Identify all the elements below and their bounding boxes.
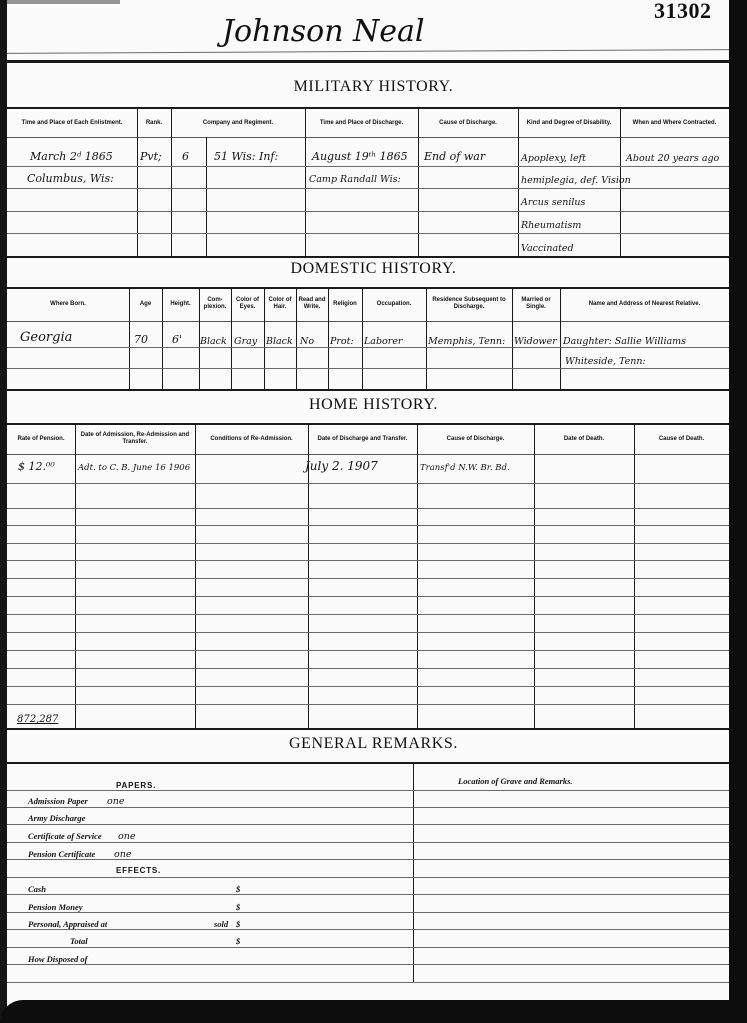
- divider: [7, 728, 729, 730]
- col-residence-header: Residence Subsequent to Discharge.: [426, 289, 512, 319]
- row-rule: [7, 560, 729, 561]
- papers-title: PAPERS.: [116, 781, 156, 790]
- divider: [7, 60, 729, 63]
- col-line: [512, 289, 513, 389]
- row-rule: [7, 877, 729, 878]
- row-rule: [7, 668, 729, 669]
- scan-edge-bottom: [0, 1000, 747, 1023]
- papers-pension-certificate-value: one: [114, 848, 131, 861]
- col-line: [417, 425, 418, 728]
- row-rule: [7, 912, 729, 913]
- col-admission-header: Date of Admission, Re-Admission and Tran…: [75, 425, 195, 453]
- enlistment-date: March 2ᵈ 1865: [30, 150, 113, 163]
- discharge-place: Camp Randall Wis:: [309, 173, 401, 186]
- domestic-history-title: DOMESTIC HISTORY.: [0, 260, 747, 278]
- divider: [7, 256, 729, 258]
- col-line: [534, 425, 535, 728]
- col-line: [129, 289, 130, 389]
- row-rule: [7, 543, 729, 544]
- row-rule: [7, 824, 729, 825]
- disability-line-3: Arcus senilus: [521, 196, 585, 209]
- col-eyes-header: Color of Eyes.: [231, 289, 264, 319]
- contracted-value: About 20 years ago: [626, 152, 719, 165]
- col-line: [634, 425, 635, 728]
- col-marital-header: Married or Single.: [512, 289, 560, 319]
- military-history-title: MILITARY HISTORY.: [0, 78, 747, 96]
- home-discharge-date: July 2. 1907: [305, 460, 378, 473]
- col-born-header: Where Born.: [7, 289, 129, 319]
- divider: [7, 762, 729, 764]
- relative-line-1: Daughter: Sallie Williams: [563, 335, 686, 348]
- col-home-discharge-header: Date of Discharge and Transfer.: [308, 425, 417, 453]
- enlistment-place: Columbus, Wis:: [27, 172, 114, 185]
- margin-number: 872,287: [17, 713, 58, 726]
- member-name: Johnson Neal: [222, 14, 425, 49]
- row-rule: [7, 842, 729, 843]
- disability-line-4: Rheumatism: [521, 219, 581, 232]
- col-line: [328, 289, 329, 389]
- col-company-header: Company and Regiment.: [171, 110, 305, 136]
- marital-value: Widower: [514, 335, 557, 348]
- col-pension-header: Rate of Pension.: [7, 425, 75, 453]
- col-enlistment-header: Time and Place of Each Enlistment.: [7, 110, 137, 136]
- col-line: [75, 425, 76, 728]
- col-rank-header: Rank.: [137, 110, 171, 136]
- col-line: [362, 289, 363, 389]
- col-cause-header: Cause of Discharge.: [418, 110, 518, 136]
- col-discharge-header: Time and Place of Discharge.: [305, 110, 418, 136]
- discharge-date: August 19ᵗʰ 1865: [312, 150, 408, 163]
- papers-admission-label: Admission Paper: [28, 796, 88, 806]
- disability-line-2: hemiplegia, def. Vision: [521, 174, 631, 187]
- grave-remarks-title: Location of Grave and Remarks.: [458, 776, 573, 786]
- effects-personal-dollar: $: [236, 919, 240, 929]
- scan-edge-left: [0, 0, 7, 1023]
- col-conditions-header: Conditions of Re-Admission.: [195, 425, 308, 453]
- col-relative-header: Name and Address of Nearest Relative.: [560, 289, 729, 319]
- col-line: [195, 425, 196, 728]
- row-rule: [7, 650, 729, 651]
- col-complexion-header: Com-plexion.: [199, 289, 231, 319]
- col-line: [296, 289, 297, 389]
- complexion-value: Black: [200, 335, 227, 348]
- home-cause-of-discharge: Transf'd N.W. Br. Bd.: [420, 462, 510, 475]
- eyes-value: Gray: [234, 335, 257, 348]
- effects-total-dollar: $: [236, 936, 240, 946]
- effects-title: EFFECTS.: [116, 866, 161, 875]
- col-line: [206, 137, 207, 256]
- row-rule: [7, 982, 729, 983]
- col-line: [264, 289, 265, 389]
- row-rule: [7, 166, 729, 167]
- col-disability-header: Kind and Degree of Disability.: [518, 110, 620, 136]
- col-age-header: Age: [129, 289, 162, 319]
- row-rule: [7, 525, 729, 526]
- relative-line-2: Whiteside, Tenn:: [565, 355, 646, 368]
- name-underline: [7, 49, 729, 54]
- effects-pension-money-dollar: $: [236, 902, 240, 912]
- military-cause-of-discharge: End of war: [424, 150, 485, 163]
- divider: [7, 321, 729, 322]
- register-page: 31302 Johnson Neal MILITARY HISTORY. Tim…: [0, 0, 747, 1023]
- company-value: 6: [182, 150, 189, 163]
- col-line: [413, 764, 414, 982]
- row-rule: [7, 211, 729, 212]
- col-line: [162, 289, 163, 389]
- row-rule: [7, 929, 729, 930]
- col-home-cause-header: Cause of Discharge.: [417, 425, 534, 453]
- col-line: [560, 289, 561, 389]
- col-religion-header: Religion: [328, 289, 362, 319]
- divider: [7, 454, 729, 455]
- row-rule: [7, 188, 729, 189]
- col-read-write-header: Read and Write.: [296, 289, 328, 319]
- religion-value: Prot:: [330, 335, 354, 348]
- row-rule: [7, 704, 729, 705]
- col-hair-header: Color of Hair.: [264, 289, 296, 319]
- row-rule: [7, 632, 729, 633]
- papers-admission-value: one: [107, 795, 124, 808]
- born-value: Georgia: [20, 331, 72, 344]
- effects-disposed-label: How Disposed of: [28, 954, 88, 964]
- read-write-value: No: [300, 335, 314, 348]
- scan-edge-top: [0, 0, 120, 4]
- residence-value: Memphis, Tenn:: [428, 335, 505, 348]
- occupation-value: Laborer: [364, 335, 402, 348]
- col-height-header: Height.: [162, 289, 199, 319]
- papers-certificate-service-label: Certificate of Service: [28, 831, 102, 841]
- effects-cash-dollar: $: [236, 884, 240, 894]
- home-history-title: HOME HISTORY.: [0, 396, 747, 414]
- row-rule: [7, 483, 729, 484]
- row-rule: [7, 614, 729, 615]
- row-rule: [7, 947, 729, 948]
- papers-army-discharge-label: Army Discharge: [28, 813, 85, 823]
- row-rule: [7, 686, 729, 687]
- hair-value: Black: [266, 335, 293, 348]
- col-line: [426, 289, 427, 389]
- effects-cash-label: Cash: [28, 884, 46, 894]
- effects-personal-sold: sold: [214, 919, 228, 929]
- row-rule: [7, 790, 729, 791]
- col-line: [231, 289, 232, 389]
- effects-total-label: Total: [70, 936, 88, 946]
- age-value: 70: [134, 333, 148, 346]
- papers-certificate-service-value: one: [118, 830, 135, 843]
- regiment-value: 51 Wis: Inf:: [214, 150, 278, 163]
- effects-pension-money-label: Pension Money: [28, 902, 83, 912]
- admission-value: Adt. to C. B. June 16 1906: [78, 462, 190, 475]
- rank-value: Pvt;: [140, 150, 162, 163]
- row-rule: [7, 368, 729, 369]
- disability-line-5: Vaccinated: [521, 242, 574, 255]
- col-death-date-header: Date of Death.: [534, 425, 634, 453]
- scan-edge-right: [729, 0, 747, 1023]
- col-death-cause-header: Cause of Death.: [634, 425, 729, 453]
- col-occupation-header: Occupation.: [362, 289, 426, 319]
- general-remarks-title: GENERAL REMARKS.: [0, 735, 747, 753]
- papers-pension-certificate-label: Pension Certificate: [28, 849, 95, 859]
- col-contracted-header: When and Where Contracted.: [620, 110, 729, 136]
- pension-value: $ 12.⁰⁰: [18, 460, 55, 473]
- disability-line-1: Apoplexy, left: [521, 152, 586, 165]
- divider: [7, 389, 729, 391]
- height-value: 6': [172, 333, 182, 346]
- row-rule: [7, 578, 729, 579]
- row-rule: [7, 233, 729, 234]
- row-rule: [7, 894, 729, 895]
- row-rule: [7, 596, 729, 597]
- row-rule: [7, 508, 729, 509]
- row-rule: [7, 964, 729, 965]
- record-number: 31302: [654, 0, 712, 24]
- effects-personal-label: Personal, Appraised at: [28, 919, 107, 929]
